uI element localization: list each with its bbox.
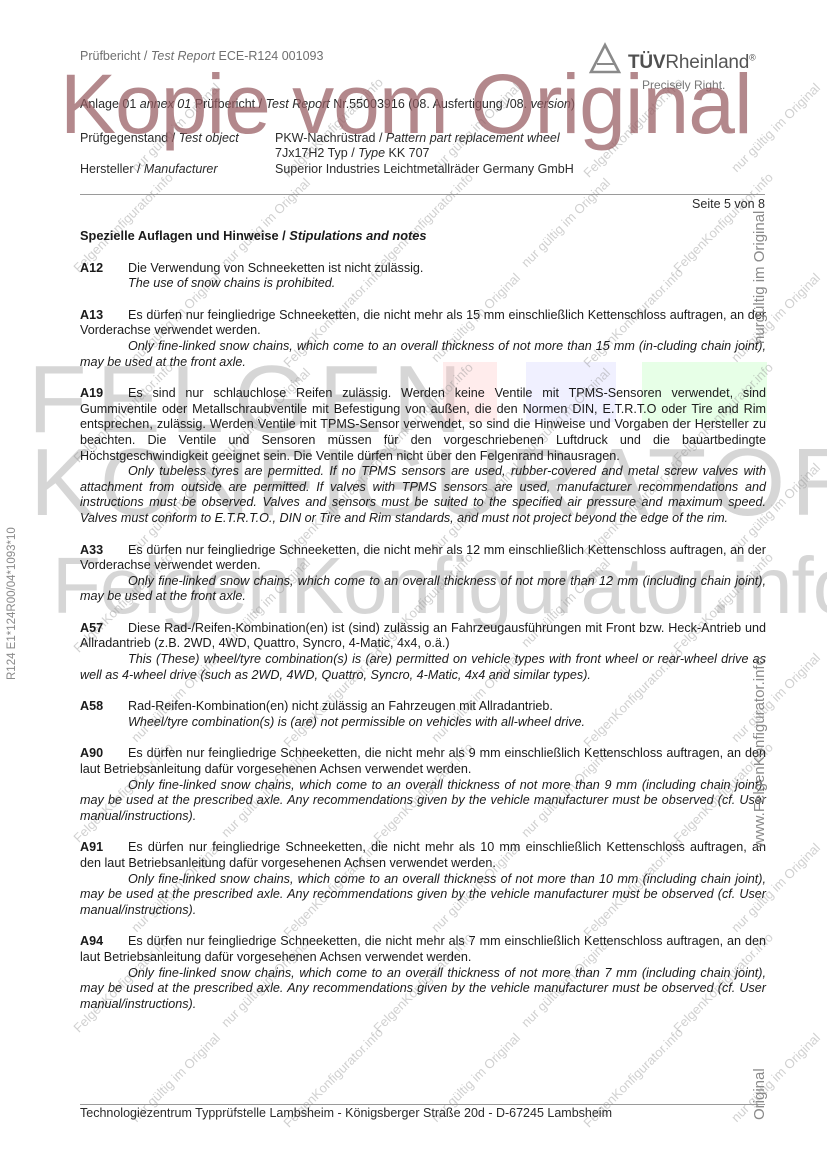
note-text-en: Only fine-linked snow chains, which come…: [80, 778, 766, 825]
note-text-de: A33Es dürfen nur feingliedrige Schneeket…: [80, 543, 766, 574]
note-text-en: Only fine-linked snow chains, which come…: [80, 574, 766, 605]
note-code: A13: [80, 308, 128, 324]
note-de-text: Rad-Reifen-Kombination(en) nicht zulässi…: [128, 699, 553, 713]
note-text-en: Only fine-linked snow chains, which come…: [80, 339, 766, 370]
note-text-en: Only tubeless tyres are permitted. If no…: [80, 464, 766, 526]
note-code: A57: [80, 621, 128, 637]
note-a57: A57Diese Rad-/Reifen-Kombination(en) ist…: [80, 621, 766, 683]
note-code: A90: [80, 746, 128, 762]
note-text-en: Wheel/tyre combination(s) is (are) not p…: [80, 715, 766, 731]
note-a13: A13Es dürfen nur feingliedrige Schneeket…: [80, 308, 766, 370]
note-text-de: A90Es dürfen nur feingliedrige Schneeket…: [80, 746, 766, 777]
header-rule: [80, 194, 765, 195]
note-de-text: Es dürfen nur feingliedrige Schneeketten…: [80, 746, 766, 776]
watermark-kopie-vom-original: Kopie vom Original: [60, 62, 752, 146]
note-a91: A91Es dürfen nur feingliedrige Schneeket…: [80, 840, 766, 918]
note-text-de: A13Es dürfen nur feingliedrige Schneeket…: [80, 308, 766, 339]
note-code: A19: [80, 386, 128, 402]
note-text-de: A91Es dürfen nur feingliedrige Schneeket…: [80, 840, 766, 871]
note-de-text: Diese Rad-/Reifen-Kombination(en) ist (s…: [80, 621, 766, 651]
notes-list: A12Die Verwendung von Schneeketten ist n…: [80, 261, 766, 1013]
note-code: A58: [80, 699, 128, 715]
side-watermark-bottom: Original: [751, 1068, 768, 1120]
note-text-de: A58Rad-Reifen-Kombination(en) nicht zulä…: [80, 699, 766, 715]
note-a12: A12Die Verwendung von Schneeketten ist n…: [80, 261, 766, 292]
note-de-text: Es sind nur schlauchlose Reifen zulässig…: [80, 386, 766, 462]
section-heading: Spezielle Auflagen und Hinweise / Stipul…: [80, 228, 766, 244]
manufacturer-label-en: Manufacturer: [144, 162, 218, 176]
note-text-en: The use of snow chains is prohibited.: [80, 276, 766, 292]
note-text-de: A94Es dürfen nur feingliedrige Schneeket…: [80, 934, 766, 965]
page-number: Seite 5 von 8: [692, 197, 765, 211]
footer-rule: [80, 1104, 765, 1105]
note-code: A12: [80, 261, 128, 277]
notes-section: Spezielle Auflagen und Hinweise / Stipul…: [80, 228, 766, 1028]
note-de-text: Die Verwendung von Schneeketten ist nich…: [128, 261, 423, 275]
note-a94: A94Es dürfen nur feingliedrige Schneeket…: [80, 934, 766, 1012]
section-heading-en: Stipulations and notes: [289, 228, 426, 243]
note-text-en: This (These) wheel/tyre combination(s) i…: [80, 652, 766, 683]
note-text-de: A19Es sind nur schlauchlose Reifen zuläs…: [80, 386, 766, 464]
note-text-de: A57Diese Rad-/Reifen-Kombination(en) ist…: [80, 621, 766, 652]
note-a33: A33Es dürfen nur feingliedrige Schneeket…: [80, 543, 766, 605]
section-heading-de: Spezielle Auflagen und Hinweise /: [80, 228, 289, 243]
diagonal-watermark: nur gültig im Original: [728, 1030, 823, 1125]
note-a90: A90Es dürfen nur feingliedrige Schneeket…: [80, 746, 766, 824]
note-code: A94: [80, 934, 128, 950]
note-text-de: A12Die Verwendung von Schneeketten ist n…: [80, 261, 766, 277]
note-de-text: Es dürfen nur feingliedrige Schneeketten…: [80, 934, 766, 964]
note-code: A91: [80, 840, 128, 856]
side-watermark-middle: www.FelgenKonfigurator.info: [751, 657, 768, 848]
manufacturer-value: Superior Industries Leichtmetallräder Ge…: [275, 162, 574, 176]
left-margin-approval-code: R124 E1*124R00/04*1093*10: [6, 527, 18, 680]
note-de-text: Es dürfen nur feingliedrige Schneeketten…: [80, 543, 766, 573]
note-a58: A58Rad-Reifen-Kombination(en) nicht zulä…: [80, 699, 766, 730]
note-text-en: Only fine-linked snow chains, which come…: [80, 966, 766, 1013]
manufacturer-label: Hersteller / Manufacturer: [80, 162, 218, 176]
note-code: A33: [80, 543, 128, 559]
side-watermark-top: nurgültig im Original: [751, 211, 768, 344]
manufacturer-label-de: Hersteller /: [80, 162, 144, 176]
footer-address: Technologiezentrum Typprüfstelle Lambshe…: [80, 1106, 612, 1120]
note-de-text: Es dürfen nur feingliedrige Schneeketten…: [80, 308, 766, 338]
note-a19: A19Es sind nur schlauchlose Reifen zuläs…: [80, 386, 766, 526]
note-text-en: Only fine-linked snow chains, which come…: [80, 872, 766, 919]
note-de-text: Es dürfen nur feingliedrige Schneeketten…: [80, 840, 766, 870]
